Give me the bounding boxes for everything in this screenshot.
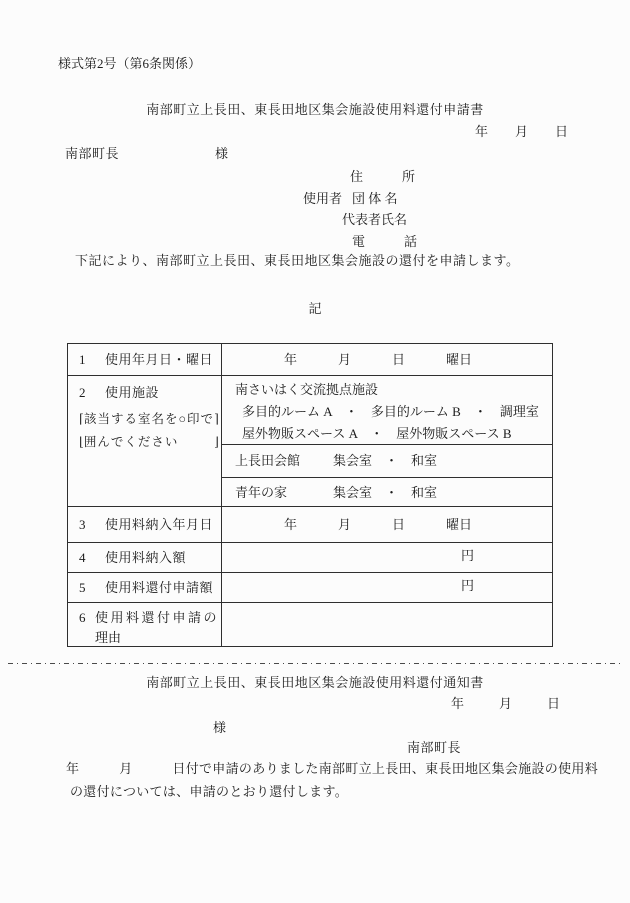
row5-label: 使用料還付申請額 <box>105 578 213 598</box>
form-number: 様式第2号（第6条関係） <box>58 54 201 74</box>
applicant-user-row: 使用者 団 体 名 <box>303 188 417 210</box>
row2-circle-note: ⌈該当する室名を○印で⌉ ⌊囲んでください ⌋ <box>79 408 221 453</box>
facility-c-cell: 青年の家 集会室 ・ 和室 <box>222 477 552 507</box>
notification-body-line2: の還付については、申請のとおり還付します。 <box>70 780 598 803</box>
row1-month-label: 月 <box>338 350 351 370</box>
row1-value-cell: 年 月 日 曜日 <box>222 344 552 375</box>
row2-header: 2使用施設 <box>79 383 221 403</box>
row6-value-cell <box>222 603 552 646</box>
row1-weekday-label: 曜日 <box>446 350 472 370</box>
table-row-refund-reason: 6使用料還付申請の 理由 <box>68 602 552 646</box>
row4-label-cell: 4 使用料納入額 <box>68 543 222 572</box>
bracket-bottom-right: ⌋ <box>214 431 219 454</box>
row3-day-label: 日 <box>392 515 405 535</box>
notification-date-day-label: 日 <box>547 694 560 714</box>
notification-title: 南部町立上長田、東長田地区集会施設使用料還付通知書 <box>0 673 630 693</box>
facility-c-rooms: 集会室 ・ 和室 <box>333 483 437 503</box>
notification-date-month-label: 月 <box>499 694 512 714</box>
note-line-2: ⌊囲んでください ⌋ <box>79 431 221 454</box>
application-body-text: 下記により、南部町立上長田、東長田地区集会施設の還付を申請します。 <box>75 251 519 271</box>
application-date-line: 年 月 日 <box>0 122 568 142</box>
applicant-group-label: 団 体 名 <box>352 188 398 210</box>
facility-a-rooms-2: 屋外物販スペース A ・ 屋外物販スペース B <box>242 423 552 445</box>
row3-label-cell: 3 使用料納入年月日 <box>68 507 222 542</box>
row3-number: 3 <box>79 515 105 535</box>
notification-date-year-label: 年 <box>451 694 464 714</box>
application-date-year-label: 年 <box>475 122 488 142</box>
application-date-day-label: 日 <box>555 122 568 142</box>
row6-label-line2: 理由 <box>95 628 221 648</box>
row3-label: 使用料納入年月日 <box>105 515 213 535</box>
row6-number: 6 <box>79 608 95 628</box>
table-row-facility: 2使用施設 ⌈該当する室名を○印で⌉ ⌊囲んでください ⌋ 南さいはく交流拠点施… <box>68 375 552 506</box>
row4-number: 4 <box>79 548 105 568</box>
application-date-month-label: 月 <box>515 122 528 142</box>
row3-value-cell: 年 月 日 曜日 <box>222 507 552 542</box>
row2-value-cell: 南さいはく交流拠点施設 多目的ルーム A ・ 多目的ルーム B ・ 調理室 屋外… <box>222 376 552 506</box>
notification-date-line: 年 月 日 <box>0 694 560 714</box>
table-row-refund-amount: 5 使用料還付申請額 円 <box>68 572 552 602</box>
row4-label: 使用料納入額 <box>105 548 186 568</box>
table-row-payment-date: 3 使用料納入年月日 年 月 日 曜日 <box>68 506 552 542</box>
note-line-1: ⌈該当する室名を○印で⌉ <box>79 408 221 431</box>
row6-label-line1-wrap: 6使用料還付申請の <box>79 608 221 628</box>
record-heading: 記 <box>0 299 630 319</box>
applicant-user-label: 使用者 <box>303 188 342 210</box>
row4-value-cell: 円 <box>222 543 552 572</box>
row1-day-label: 日 <box>392 350 405 370</box>
row2-label-cell: 2使用施設 ⌈該当する室名を○印で⌉ ⌊囲んでください ⌋ <box>68 376 222 506</box>
applicant-address-label: 住 所 <box>350 166 417 188</box>
applicant-phone-label: 電 話 <box>352 231 417 253</box>
note-line2-text-group: ⌊囲んでください <box>79 431 178 454</box>
addressee-name: 南部町長 <box>65 144 119 164</box>
facility-b-cell: 上長田会館 集会室 ・ 和室 <box>222 444 552 477</box>
notification-body: 年 月 日付で申請のありました南部町立上長田、東長田地区集会施設の使用料 の還付… <box>66 757 598 803</box>
row3-weekday-label: 曜日 <box>446 515 472 535</box>
row5-yen-unit: 円 <box>461 576 474 596</box>
note-text-1: 該当する室名を○印で <box>84 408 214 431</box>
row5-number: 5 <box>79 578 105 598</box>
notification-body-line1: 年 月 日付で申請のありました南部町立上長田、東長田地区集会施設の使用料 <box>66 757 598 780</box>
cut-dash-line <box>8 663 622 664</box>
row6-label-cell: 6使用料還付申請の 理由 <box>68 603 222 646</box>
row4-yen-unit: 円 <box>461 546 474 566</box>
row5-value-cell: 円 <box>222 573 552 602</box>
table-row-use-date: 1 使用年月日・曜日 年 月 日 曜日 <box>68 344 552 375</box>
row6-label-line1: 使用料還付申請の <box>95 610 219 625</box>
facility-a-cell: 南さいはく交流拠点施設 多目的ルーム A ・ 多目的ルーム B ・ 調理室 屋外… <box>222 376 552 444</box>
facility-a-rooms-1: 多目的ルーム A ・ 多目的ルーム B ・ 調理室 <box>242 401 552 423</box>
notification-sender: 南部町長 <box>407 738 461 758</box>
document-page: 様式第2号（第6条関係） 南部町立上長田、東長田地区集会施設使用料還付申請書 年… <box>0 0 630 903</box>
row1-year-label: 年 <box>284 350 297 370</box>
facility-b-name: 上長田会館 <box>235 451 333 471</box>
row3-month-label: 月 <box>338 515 351 535</box>
row5-label-cell: 5 使用料還付申請額 <box>68 573 222 602</box>
row1-number: 1 <box>79 350 105 370</box>
row1-label-cell: 1 使用年月日・曜日 <box>68 344 222 375</box>
applicant-representative-label: 代表者氏名 <box>342 209 417 231</box>
application-title: 南部町立上長田、東長田地区集会施設使用料還付申請書 <box>0 100 630 120</box>
facility-a-name: 南さいはく交流拠点施設 <box>235 379 552 401</box>
row1-label: 使用年月日・曜日 <box>105 350 213 370</box>
facility-c-name: 青年の家 <box>235 483 333 503</box>
applicant-block: 住 所 使用者 団 体 名 代表者氏名 電 話 <box>303 166 417 252</box>
note-text-2: 囲んでください <box>84 435 179 449</box>
row3-year-label: 年 <box>284 515 297 535</box>
form-table: 1 使用年月日・曜日 年 月 日 曜日 2使用施設 ⌈該当する室名を○印で⌉ <box>67 343 553 647</box>
row2-label: 使用施設 <box>105 385 159 400</box>
facility-b-rooms: 集会室 ・ 和室 <box>333 451 437 471</box>
row2-number: 2 <box>79 383 105 403</box>
table-row-paid-amount: 4 使用料納入額 円 <box>68 542 552 572</box>
bracket-top-right: ⌉ <box>214 408 219 431</box>
notification-honorific: 様 <box>213 718 226 738</box>
addressee-honorific: 様 <box>215 144 228 164</box>
